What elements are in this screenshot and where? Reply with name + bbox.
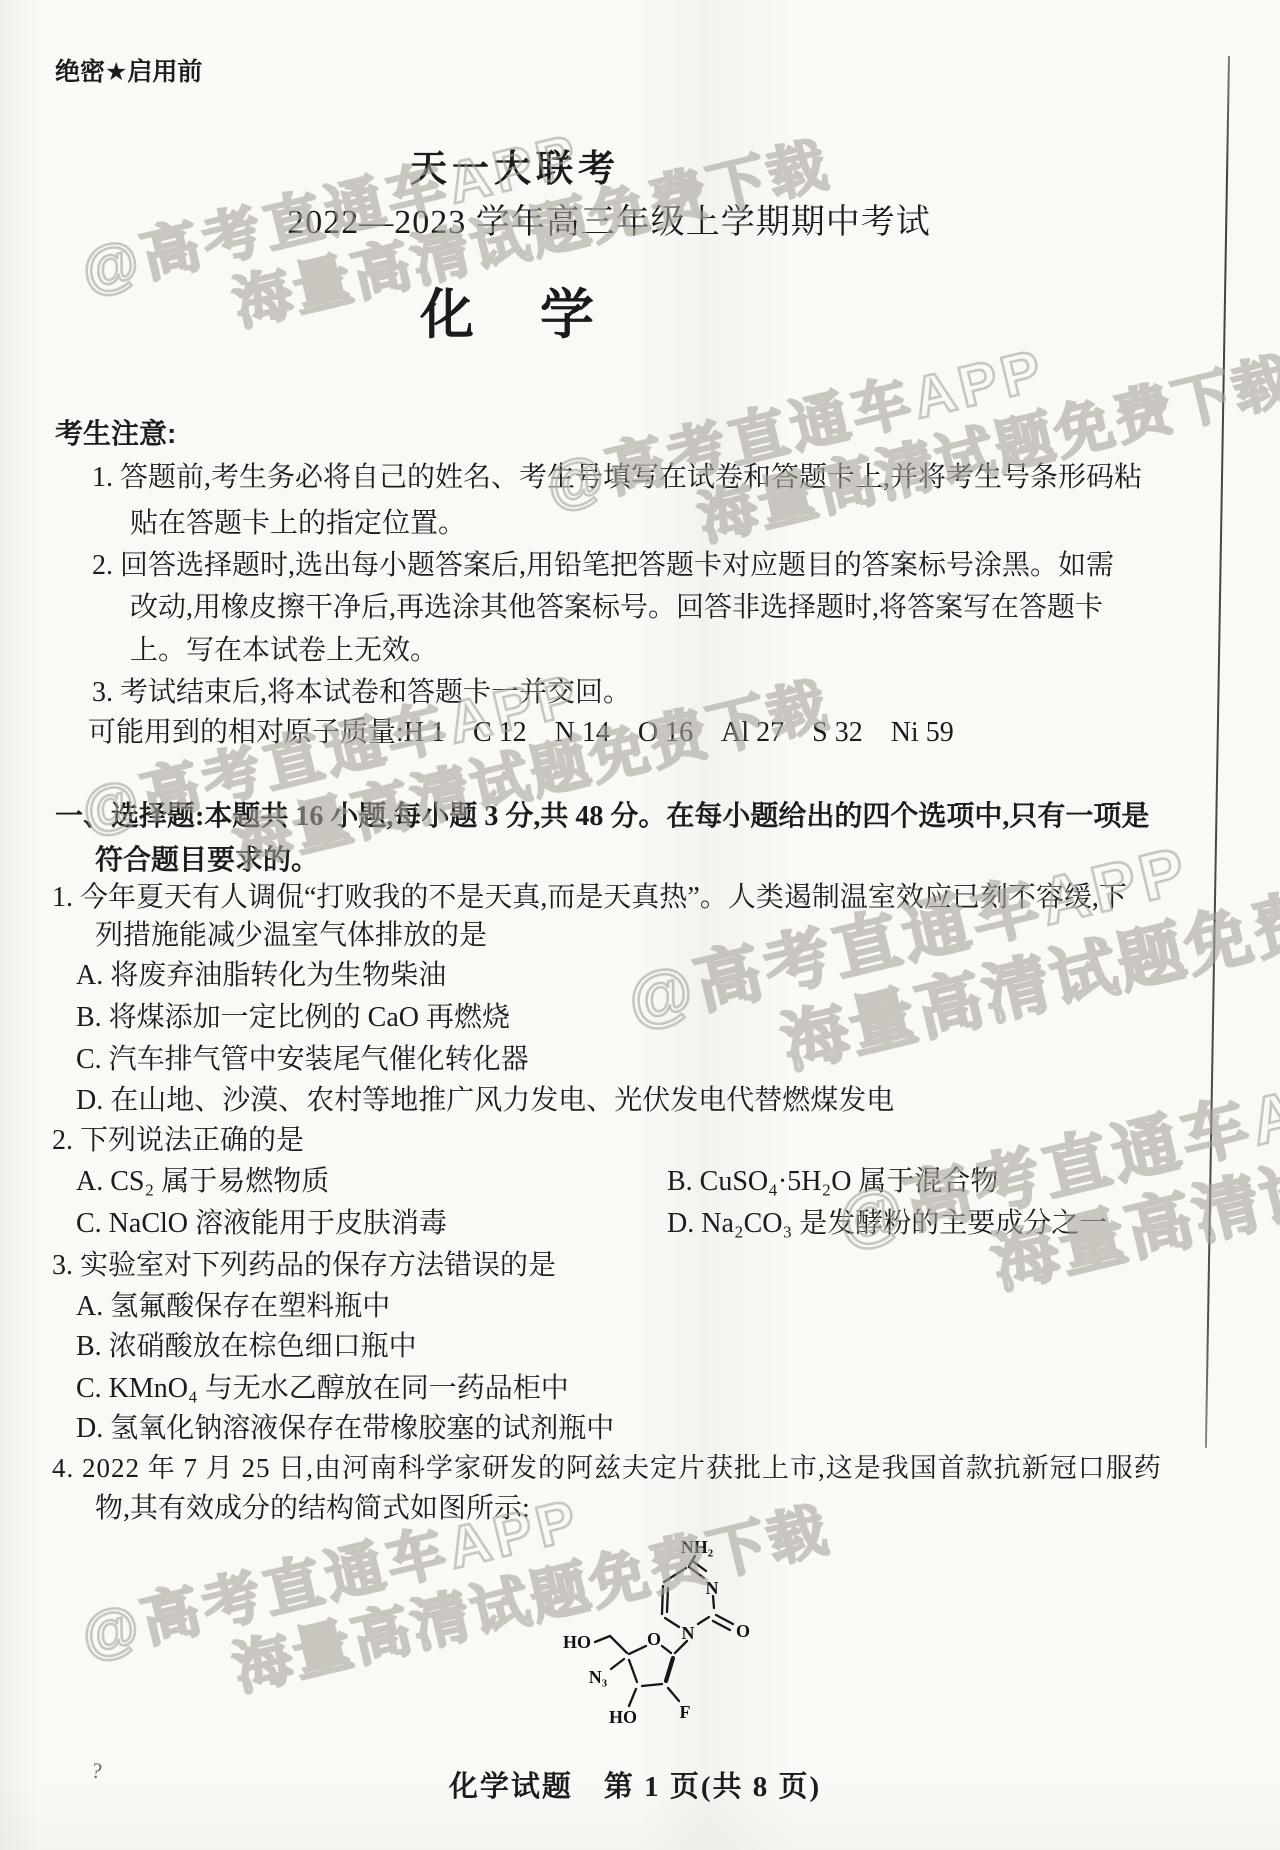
notice-heading: 考生注意: bbox=[55, 412, 176, 452]
q1-stem-line2: 列措施能减少温室气体排放的是 bbox=[95, 913, 487, 953]
bond-ch2-oh bbox=[595, 1636, 610, 1642]
notice-item2-line3: 上。写在本试卷上无效。 bbox=[130, 628, 438, 668]
q2-stem: 2. 下列说法正确的是 bbox=[52, 1118, 304, 1158]
q3-option-c: C. KMnO₄ 与无水乙醇放在同一药品柜中 bbox=[76, 1366, 569, 1406]
bond-c1p-oring bbox=[662, 1646, 671, 1653]
q2-option-a: A. CS₂ 属于易燃物质 bbox=[76, 1159, 329, 1199]
page-footer: 化学试题 第 1 页(共 8 页) bbox=[0, 1764, 1270, 1805]
bond-c2-n1 bbox=[698, 1617, 709, 1624]
ring-o-label: O bbox=[647, 1629, 661, 1649]
azide-label: N₃ bbox=[589, 1667, 608, 1687]
fluorine-label: F bbox=[680, 1702, 691, 1722]
notice-item2-line2: 改动,用橡皮擦干净后,再选涂其他答案标号。回答非选择题时,将答案写在答题卡 bbox=[130, 585, 1103, 625]
bond-c2p-f bbox=[668, 1688, 679, 1701]
q1-option-a: A. 将废弃油脂转化为生物柴油 bbox=[76, 953, 446, 993]
q3-stem: 3. 实验室对下列药品的保存方法错误的是 bbox=[52, 1243, 556, 1283]
ho-bottom-label: HO bbox=[609, 1707, 637, 1727]
carbonyl-o-label: O bbox=[736, 1621, 750, 1641]
q3-option-a: A. 氢氟酸保存在塑料瓶中 bbox=[76, 1284, 390, 1324]
q2-option-c: C. NaClO 溶液能用于皮肤消毒 bbox=[76, 1201, 447, 1241]
bond-n1-c6 bbox=[665, 1618, 679, 1627]
bond-c3p-oh bbox=[629, 1689, 636, 1706]
security-label: 绝密★启用前 bbox=[55, 52, 202, 88]
bond-c4p-ch2 bbox=[610, 1636, 627, 1653]
exam-paper-page: @高考直通车APP 海量高清试题免费下载 @高考直通车APP 海量高清试题免费下… bbox=[0, 0, 1280, 1850]
bond-c2p-c3p bbox=[642, 1684, 662, 1686]
ho-left-label: HO bbox=[563, 1632, 591, 1652]
q1-option-b: B. 将煤添加一定比例的 CaO 再燃烧 bbox=[76, 995, 510, 1035]
bond-c4p-azide bbox=[611, 1659, 624, 1669]
bond-c3p-c4p bbox=[629, 1660, 637, 1682]
notice-item1-line2: 贴在答题卡上的指定位置。 bbox=[130, 501, 466, 541]
q3-option-d: D. 氢氧化钠溶液保存在带橡胶塞的试剂瓶中 bbox=[76, 1406, 614, 1446]
bond-oring-c4p bbox=[629, 1646, 646, 1654]
q3-option-b: B. 浓硝酸放在棕色细口瓶中 bbox=[76, 1324, 417, 1364]
bond-c1p-c2p-wedge bbox=[666, 1658, 673, 1681]
q1-option-c: C. 汽车排气管中安装尾气催化转化器 bbox=[76, 1037, 529, 1077]
ring-n-bottom-label: N bbox=[682, 1623, 695, 1643]
